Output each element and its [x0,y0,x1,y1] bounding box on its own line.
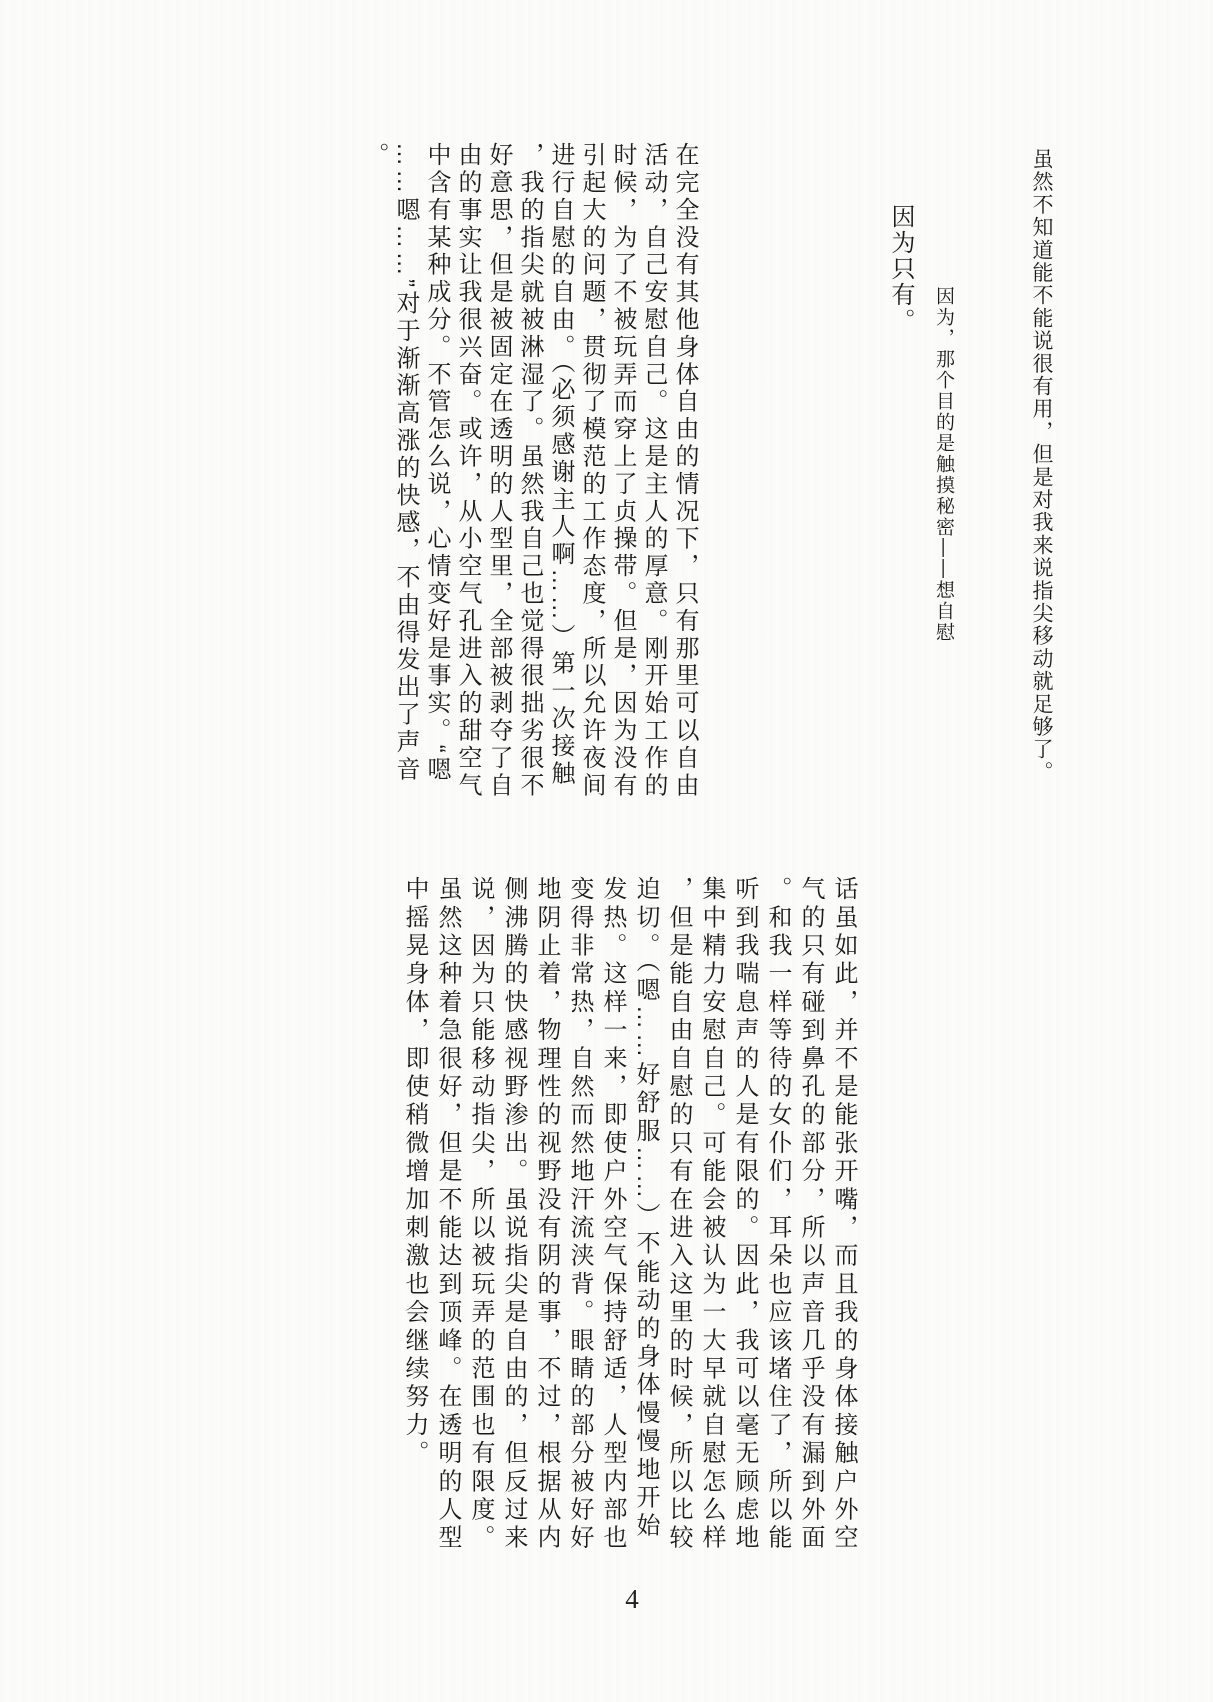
page-number: 4 [600,1584,664,1615]
text-column: 集中精力安慰自己。可能会被认为一大早就自慰怎么样 [695,876,728,1568]
bottom-paragraph-block: 话虽如此，并不是能张开嘴，而且我的身体接触户外空气的只有碰到鼻孔的部分，所以声音… [398,876,860,1568]
text-column: ，我的指尖就被淋湿了。虽然我自己也觉得很拙劣很不 [514,142,545,810]
text-column: 。 [359,142,390,810]
text-column: ，但是能自由自慰的只有在进入这里的时候，所以比较 [662,876,695,1568]
top-paragraph-block: 在完全没有其他身体自由的情况下，只有那里可以自由活动，自己安慰自己。这是主人的厚… [359,142,700,810]
text-column: 中含有某种成分。不管怎么说，心情变好是事实。“嗯 [421,142,452,810]
text-column: 气的只有碰到鼻孔的部分，所以声音几乎没有漏到外面 [794,876,827,1568]
text-column: 引起大的问题，贯彻了模范的工作态度，所以允许夜间 [576,142,607,810]
text-column: 好意思，但是被固定在透明的人型里，全部被剥夺了自 [483,142,514,810]
text-column: 由的事实让我很兴奋。或许，从小空气孔进入的甜空气 [452,142,483,810]
text-column: 迫切。（嗯……好舒服……）不能动的身体慢慢地开始 [629,876,662,1568]
text-column: 时候，为了不被玩弄而穿上了贞操带。但是，因为没有 [607,142,638,810]
text-column: 活动，自己安慰自己。这是主人的厚意。刚开始工作的 [638,142,669,810]
intro-text-column: 虽然不知道能不能说很有用，但是对我来说指尖移动就足够了。 [1026,148,1056,803]
because-text-column: 因为只有。 [884,204,916,349]
text-column: 。和我一样等待的女仆们，耳朵也应该堵住了，所以能 [761,876,794,1568]
text-column: 进行自慰的自由。（必须感谢主人啊……）第一次接触 [545,142,576,810]
text-column: ……嗯……”对于渐渐高涨的快感，不由得发出了声音 [390,142,421,810]
text-column: 听到我喘息声的人是有限的。因此，我可以毫无顾虑地 [728,876,761,1568]
note-text-column: 因为，那个目的是触摸秘密——想自慰 [930,286,956,658]
text-column: 发热。这样一来，即使户外空气保持舒适，人型内部也 [596,876,629,1568]
text-column: 话虽如此，并不是能张开嘴，而且我的身体接触户外空 [827,876,860,1568]
text-column: 侧沸腾的快感视野渗出。虽说指尖是自由的，但反过来 [497,876,530,1568]
text-column: 说，因为只能移动指尖，所以被玩弄的范围也有限度。 [464,876,497,1568]
text-column: 虽然这种着急很好，但是不能达到顶峰。在透明的人型 [431,876,464,1568]
text-column: 地阴止着，物理性的视野没有阴的事，不过，根据从内 [530,876,563,1568]
text-column: 变得非常热，自然而然地汗流浃背。眼睛的部分被好好 [563,876,596,1568]
text-column: 中摇晃身体，即使稍微增加刺激也会继续努力。 [398,876,431,1568]
text-column: 在完全没有其他身体自由的情况下，只有那里可以自由 [669,142,700,810]
